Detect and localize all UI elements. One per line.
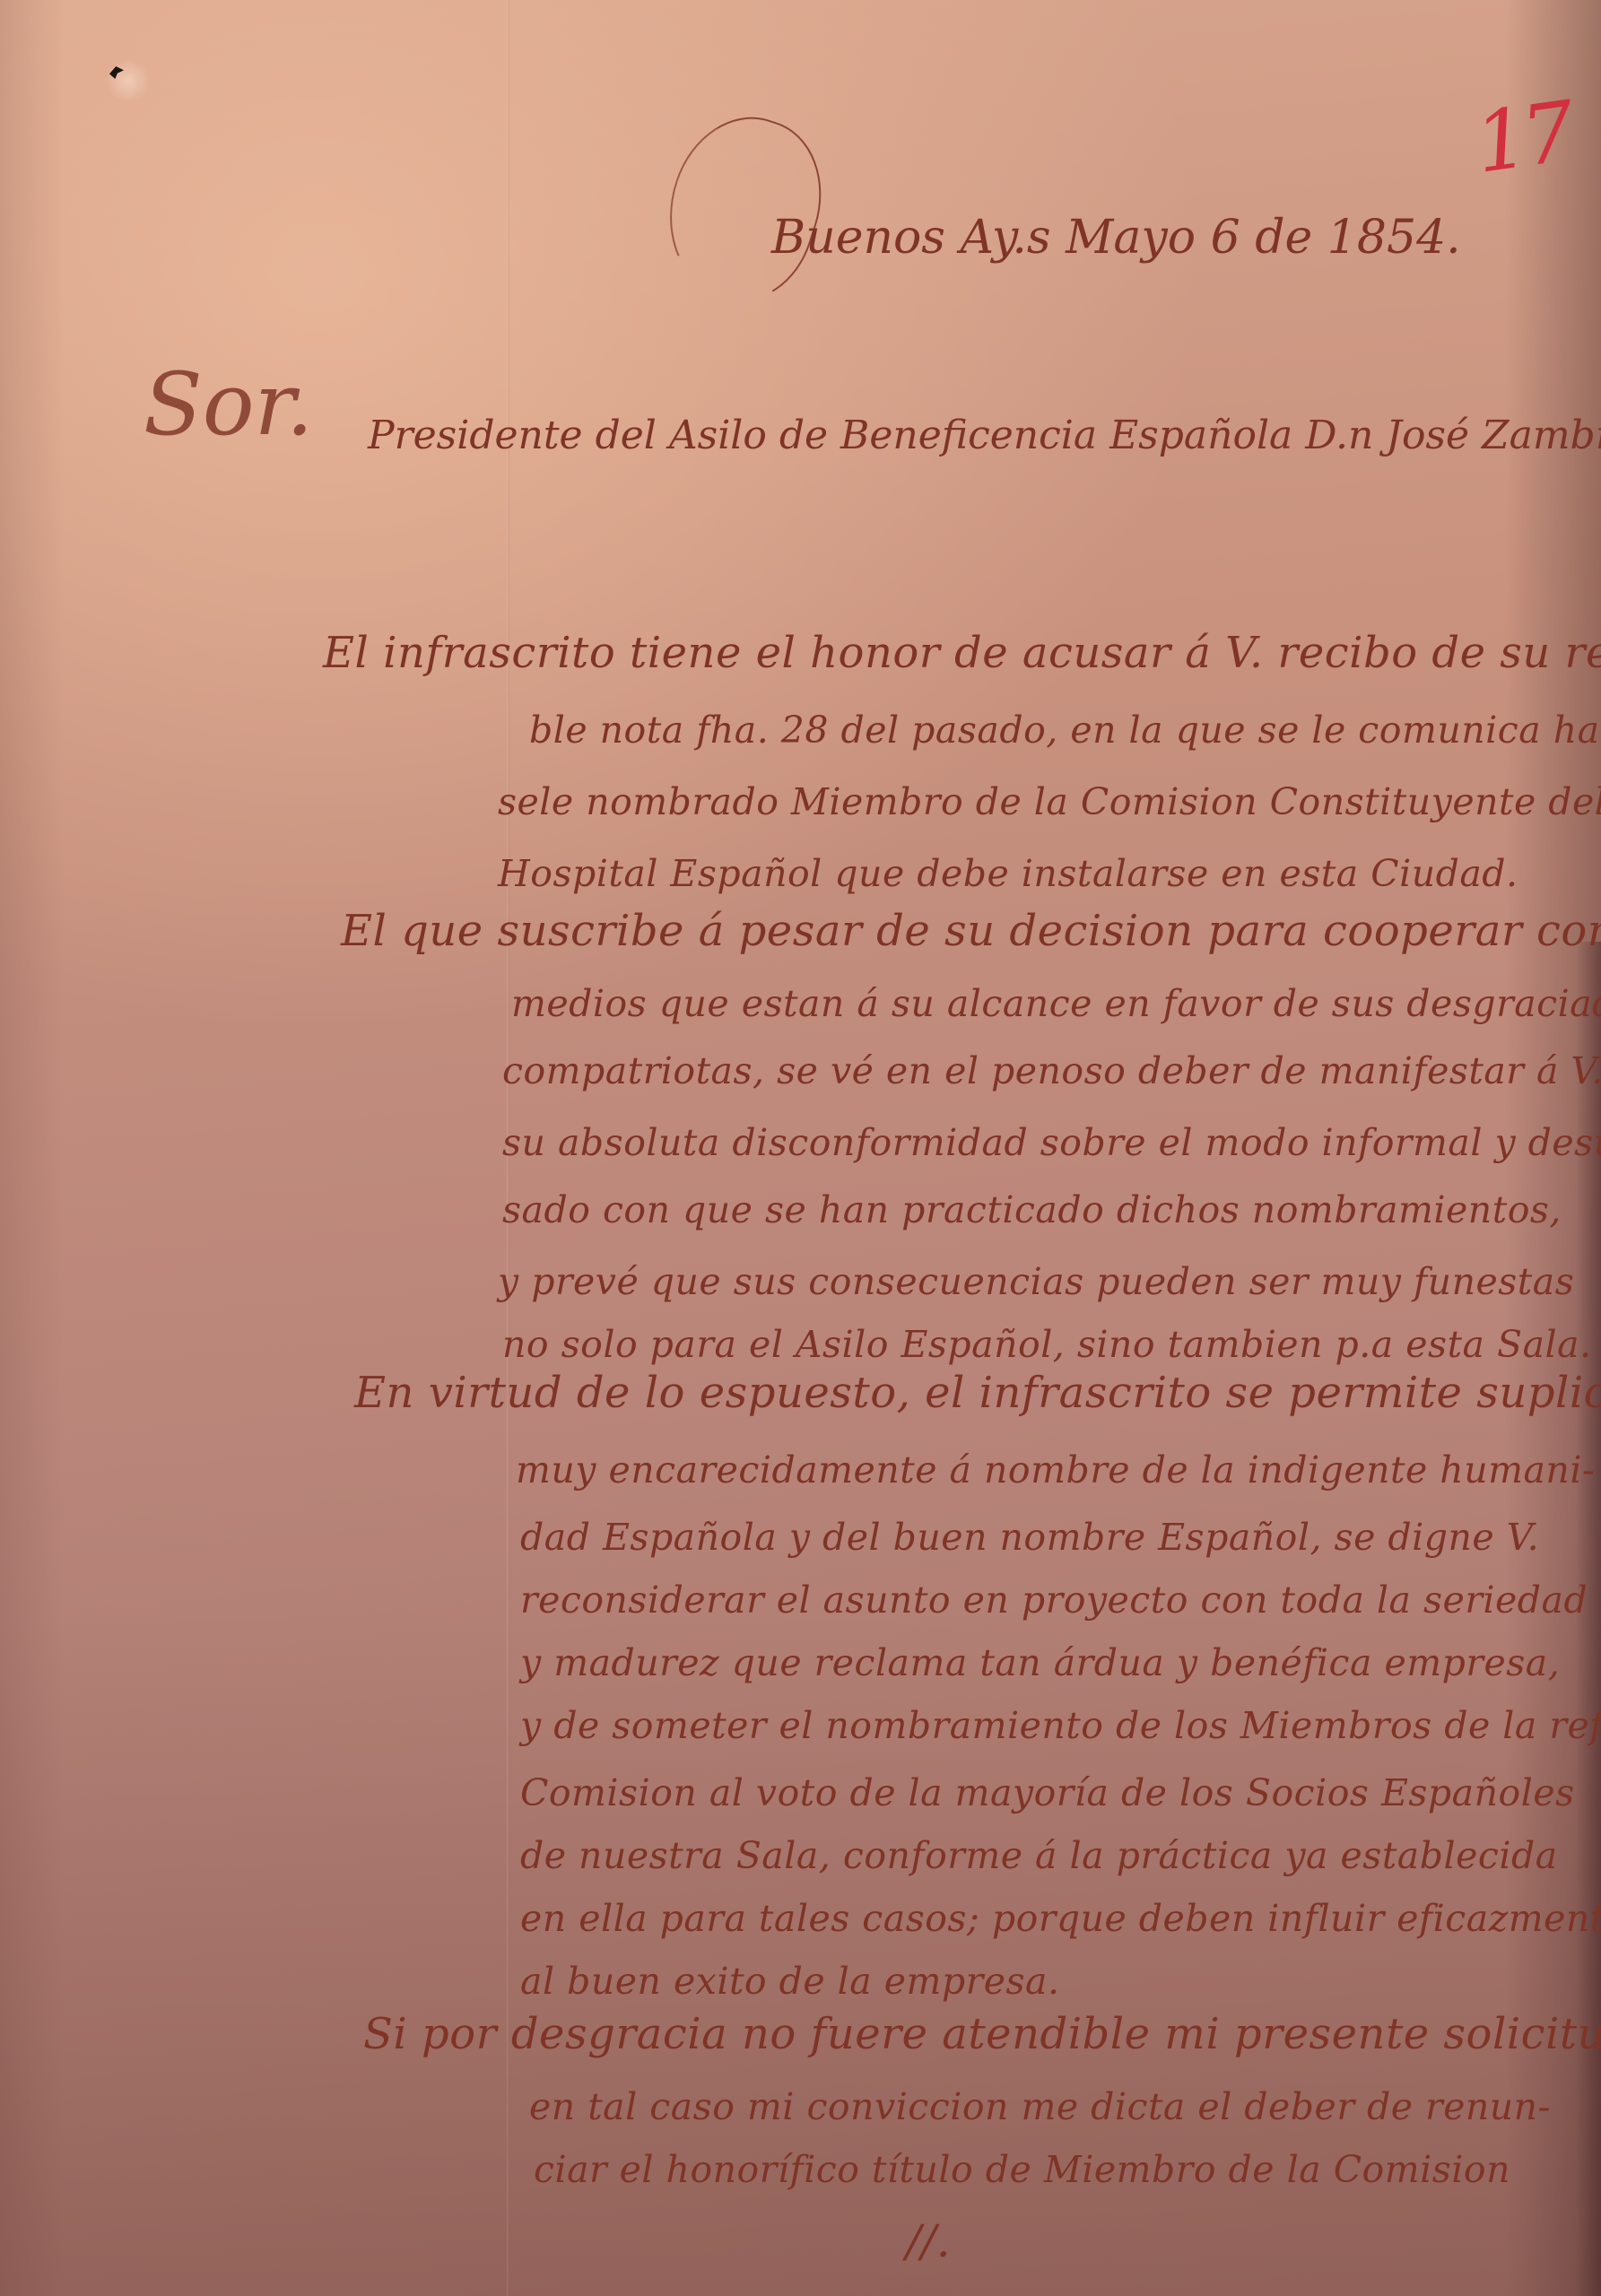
- body-line: y madurez que reclama tan árdua y benéfi…: [520, 1641, 1560, 1684]
- salutation-prefix: Sor.: [144, 354, 313, 455]
- folio-number: 17: [1469, 83, 1576, 192]
- dateline: Buenos Ay.s Mayo 6 de 1854.: [771, 211, 1461, 265]
- body-line: compatriotas, se vé en el penoso deber d…: [502, 1049, 1601, 1092]
- body-line: ciar el honorífico título de Miembro de …: [534, 2148, 1510, 2191]
- body-line: de nuestra Sala, conforme á la práctica …: [520, 1834, 1558, 1877]
- body-line: muy encarecidamente á nombre de la indig…: [516, 1448, 1595, 1492]
- body-line: Comision al voto de la mayoría de los So…: [520, 1771, 1575, 1814]
- body-line: en tal caso mi conviccion me dicta el de…: [529, 2085, 1551, 2128]
- body-line: sele nombrado Miembro de la Comision Con…: [498, 780, 1601, 823]
- body-line: El infrascrito tiene el honor de acusar …: [323, 628, 1601, 678]
- body-line: en ella para tales casos; porque deben i…: [520, 1897, 1601, 1940]
- salutation: Presidente del Asilo de Beneficencia Esp…: [368, 413, 1601, 458]
- body-line: Hospital Español que debe instalarse en …: [498, 852, 1518, 895]
- body-line: y de someter el nombramiento de los Miem…: [520, 1704, 1601, 1747]
- body-line: Si por desgracia no fuere atendible mi p…: [363, 2009, 1601, 2059]
- body-line: dad Española y del buen nombre Español, …: [520, 1516, 1539, 1559]
- letter-page: 17 Buenos Ay.s Mayo 6 de 1854. Sor. Pres…: [0, 0, 1601, 2296]
- body-line: y prevé que sus consecuencias pueden ser…: [498, 1260, 1574, 1303]
- body-line: En virtud de lo espuesto, el infrascrito…: [354, 1368, 1601, 1418]
- dateline-flourish: [646, 99, 842, 318]
- body-line: ble nota fha. 28 del pasado, en la que s…: [529, 709, 1601, 752]
- pinhole-halo: [104, 61, 152, 100]
- continuation-mark: //.: [906, 2215, 951, 2267]
- body-line: su absoluta disconformidad sobre el modo…: [502, 1121, 1601, 1164]
- body-line: medios que estan á su alcance en favor d…: [511, 982, 1601, 1025]
- body-line: sado con que se han practicado dichos no…: [502, 1188, 1562, 1231]
- body-line: El que suscribe á pesar de su decision p…: [341, 906, 1601, 956]
- body-line: al buen exito de la empresa.: [520, 1960, 1060, 2003]
- body-line: no solo para el Asilo Español, sino tamb…: [502, 1323, 1592, 1366]
- body-line: reconsiderar el asunto en proyecto con t…: [520, 1578, 1588, 1622]
